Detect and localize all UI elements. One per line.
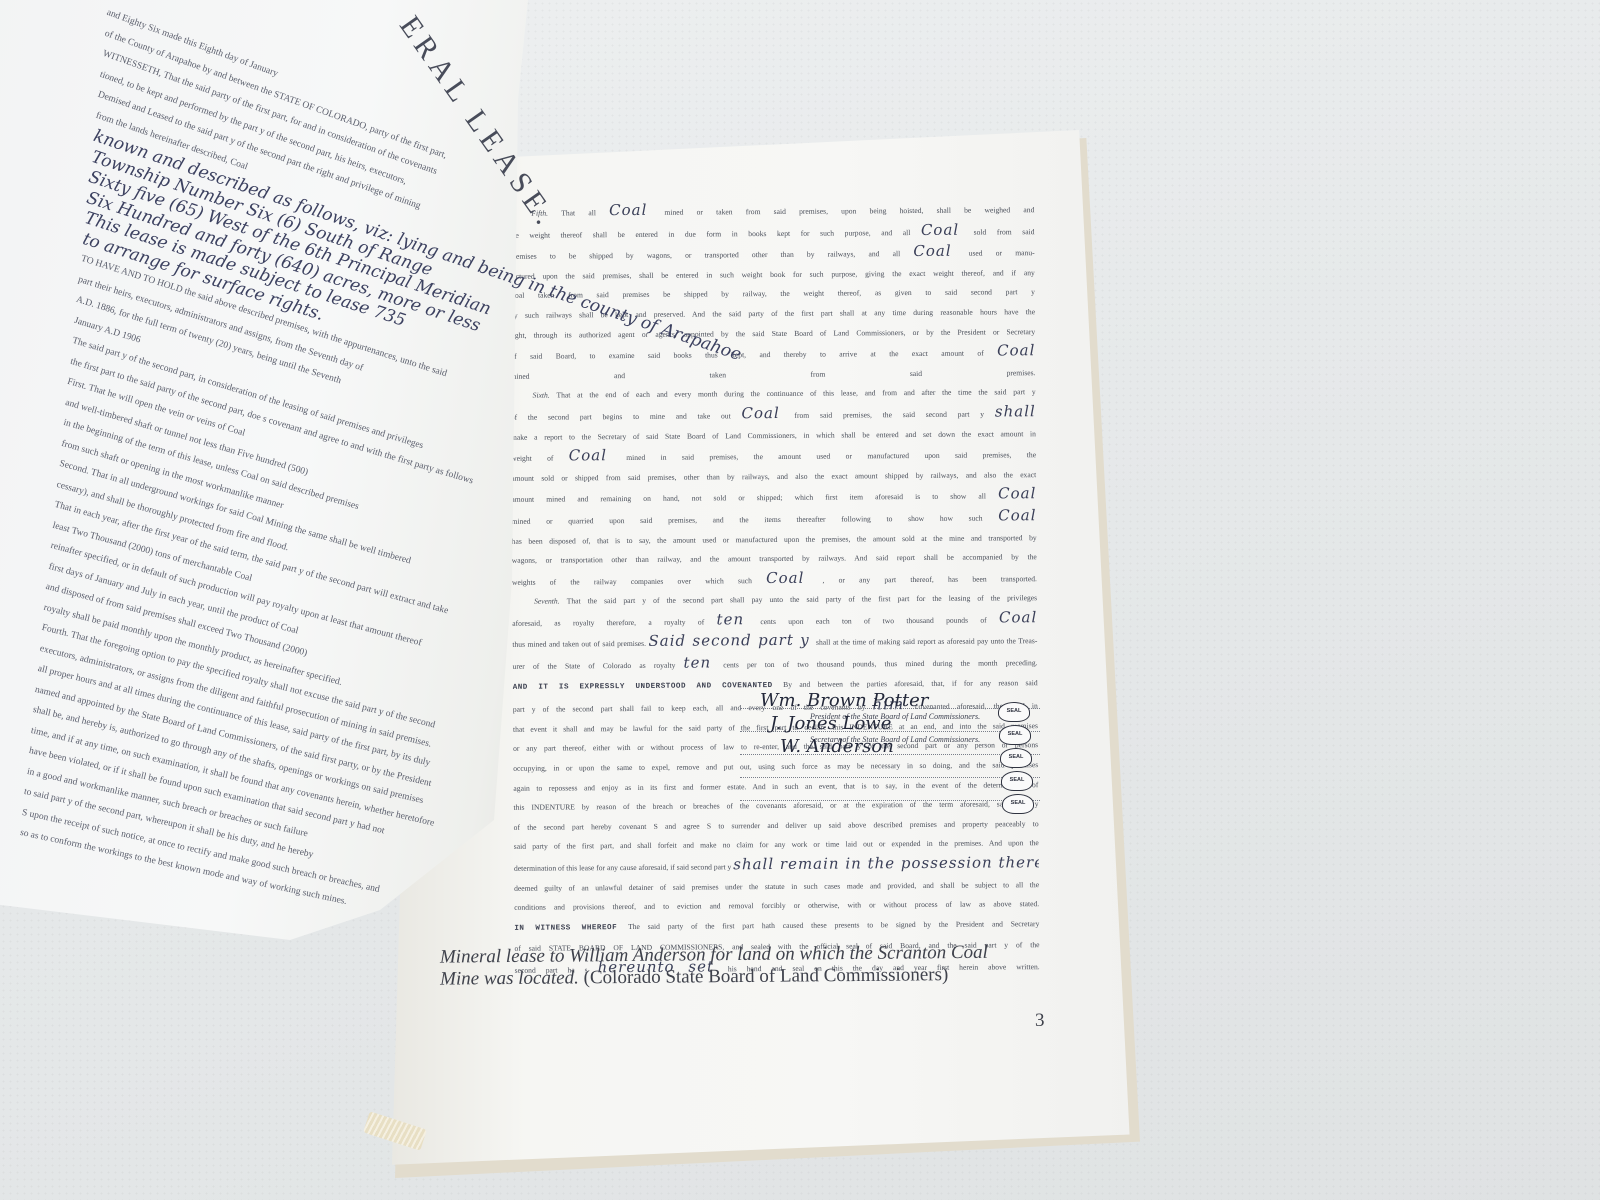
seal-icon: SEAL xyxy=(1000,748,1032,768)
signature-line xyxy=(740,777,1040,778)
handwritten-entry: shall remain in the possession thereof xyxy=(733,853,1039,873)
caption-line-2-italic: Mine was located. xyxy=(440,967,579,989)
handwritten-entry: Coal xyxy=(921,220,974,238)
lease-clause-line: of the second part begins to mine and ta… xyxy=(511,402,1036,427)
clause-label: IN WITNESS WHEREOF xyxy=(514,924,628,933)
seal-icon: SEAL xyxy=(998,702,1030,722)
lease-body-text: Fifth. That all Coal mined or taken from… xyxy=(509,198,1039,980)
seal-icon: SEAL xyxy=(1001,771,1033,791)
lease-clause-line: mined or quarried upon said premises, an… xyxy=(511,506,1036,531)
signature: J. Jones Lowe xyxy=(770,713,891,734)
handwritten-entry: shall xyxy=(995,402,1036,420)
caption-credit: (Colorado State Board of Land Commission… xyxy=(579,964,949,988)
handwritten-entry: Said second part y xyxy=(648,631,816,650)
handwritten-entry: Coal xyxy=(741,404,794,422)
signature: Wm. Brown Potter xyxy=(760,690,928,711)
handwritten-entry: Coal xyxy=(998,506,1036,524)
lease-clause-line: urer of the State of Colorado as royalty… xyxy=(512,651,1037,676)
handwritten-entry: Coal xyxy=(997,341,1035,359)
handwritten-entry: ten xyxy=(716,610,760,628)
seal-icon: SEAL xyxy=(1002,794,1034,814)
handwritten-entry: ten xyxy=(683,653,723,671)
handwritten-entry: Coal xyxy=(766,568,822,586)
handwritten-entry: Coal xyxy=(913,242,968,260)
lease-clause-line: determination of this lease for any caus… xyxy=(514,853,1039,878)
page-number: 3 xyxy=(1035,1010,1045,1032)
handwritten-entry: Coal xyxy=(999,608,1037,626)
signature-line xyxy=(740,800,1040,801)
handwritten-entry: Coal xyxy=(569,446,627,464)
signature-block: Wm. Brown PotterPresident of the State B… xyxy=(740,690,1060,820)
signature: W. Anderson xyxy=(780,736,894,757)
figure-caption: Mineral lease to William Anderson for la… xyxy=(440,941,1040,990)
seal-icon: SEAL xyxy=(999,725,1031,745)
handwritten-entry: Coal xyxy=(998,484,1036,502)
handwritten-entry: Coal xyxy=(609,201,664,219)
